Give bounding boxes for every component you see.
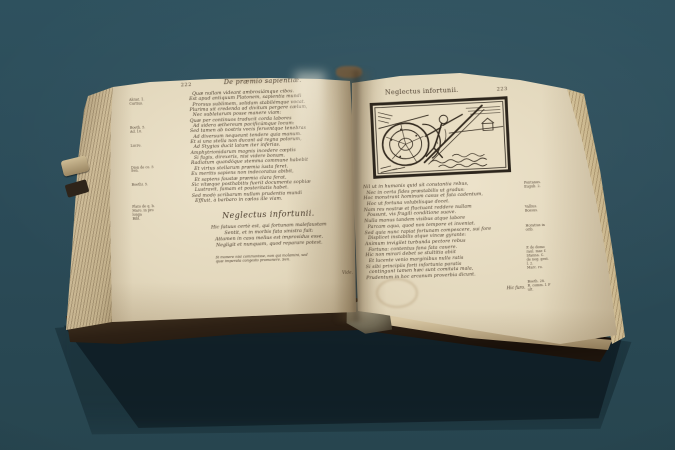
margin-note: Alciat. 1. Curtius. — [129, 97, 185, 106]
margin-note: Vallius. Bossus. — [525, 204, 577, 214]
margin-note: Pontanus. Eugub. 2. — [524, 180, 576, 190]
fortune-wheel-woodcut-icon — [370, 96, 512, 179]
left-margin-notes: Alciat. 1. Curtius.Boeth. 5. Ad. 10.Lucr… — [129, 97, 188, 221]
light-reflection — [295, 72, 325, 212]
margin-note: Boeth. 28. R. comm. l. F ult. — [527, 279, 579, 293]
margin-note: Dion de co. 5 Sen. — [131, 165, 187, 174]
left-page-number: 222 — [181, 82, 192, 88]
margin-note: Boethi. 5. — [132, 183, 188, 188]
section-verse-block: Hic fatuus certè est, qui fortunam malef… — [189, 222, 350, 250]
margin-note: Lucre. — [130, 143, 186, 148]
right-catchword: Hic furo. — [507, 285, 526, 291]
margin-note: Plato de q. b. Maro. in pro longa Bibl. — [132, 204, 188, 221]
right-margin-notes: Pontanus. Eugub. 2.Vallius. Bossus.Horat… — [524, 180, 580, 292]
right-running-header: Neglectus infortunii. — [370, 85, 474, 97]
margin-note: Boeth. 5. Ad. 10. — [130, 125, 186, 134]
right-page-number: 223 — [497, 86, 508, 92]
left-verse-block: Quæ nullam videant ambrosiámque cibos.Es… — [189, 88, 354, 205]
right-verse-block: Nil ut in humanis quid sit constantia re… — [363, 180, 526, 282]
gutter-shadow — [334, 70, 374, 322]
margin-note: Horatius in orib. — [525, 222, 577, 232]
museum-book-photo: 222 De præmio sapientiæ. Alciat. 1. Curt… — [0, 0, 675, 450]
margin-note: P. de domo raul. mar. f. Stanna. C. de n… — [526, 245, 579, 270]
